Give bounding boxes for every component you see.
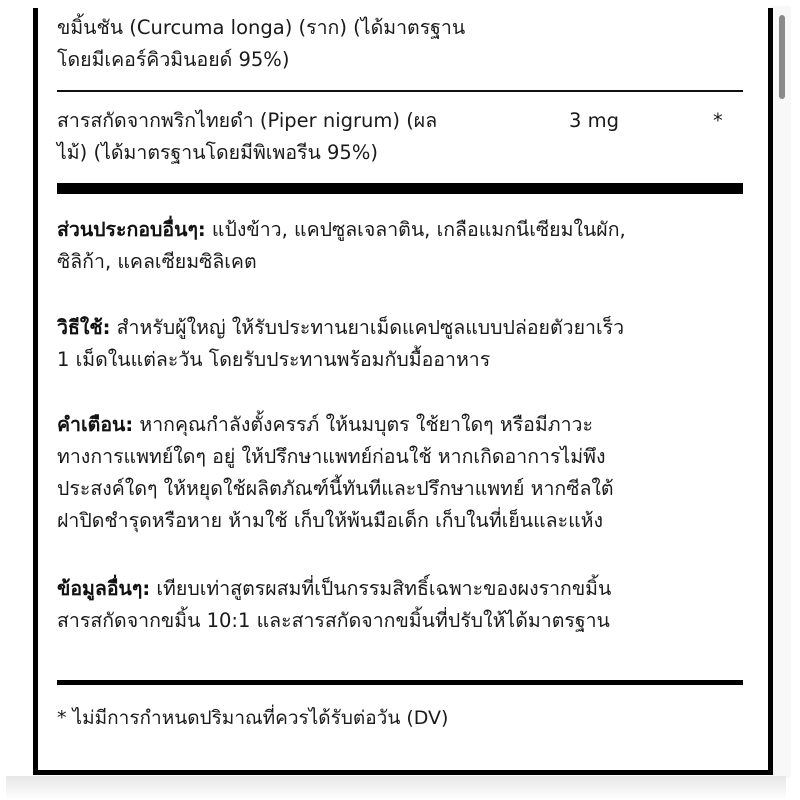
ingredient-row-turmeric: ขมิ้นชัน (Curcuma longa) (ราก) (ได้มาตรฐ…: [57, 12, 743, 78]
other-info-section: ข้อมูลอื่นๆ: เทียบเท่าสูตรผสมที่เป็นกรรม…: [57, 573, 747, 637]
ingredient-row-black-pepper: สารสกัดจากพริกไทยดำ (Piper nigrum) (ผล ไ…: [57, 105, 743, 171]
image-viewer: ขมิ้นชัน (Curcuma longa) (ราก) (ได้มาตรฐ…: [0, 0, 800, 800]
other-ingredients-text-line2: ซิลิก้า, แคลเซียมซิลิเคต: [57, 246, 747, 278]
other-info-label: ข้อมูลอื่นๆ:: [57, 577, 150, 600]
directions-text: สำหรับผู้ใหญ่ ให้รับประทานยาเม็ดแคปซูลแบ…: [110, 316, 624, 339]
ingredient-name: สารสกัดจากพริกไทยดำ (Piper nigrum) (ผล ไ…: [57, 105, 517, 169]
daily-value-footnote: * ไม่มีการกำหนดปริมาณที่ควรได้รับต่อวัน …: [57, 703, 448, 733]
ingredient-name-line2: ไม้) (ได้มาตรฐานโดยมีพิเพอรีน 95%): [57, 137, 517, 169]
section-divider-thick: [57, 183, 743, 194]
section-divider-medium: [57, 680, 743, 685]
other-info-text: เทียบเท่าสูตรผสมที่เป็นกรรมสิทธิ์เฉพาะขอ…: [150, 577, 611, 600]
ingredient-amount: 3 mg: [569, 105, 619, 137]
directions-label: วิธีใช้:: [57, 316, 110, 339]
other-info-text-line2: สารสกัดจากขมิ้น 10:1 และสารสกัดจากขมิ้นท…: [57, 605, 747, 637]
directions-text-line2: 1 เม็ดในแต่ละวัน โดยรับประทานพร้อมกับมื้…: [57, 344, 747, 376]
drop-shadow: [6, 776, 786, 800]
daily-value-marker: *: [713, 105, 723, 137]
warning-section: คำเตือน: หากคุณกำลังตั้งครรภ์ ให้นมบุตร …: [57, 409, 747, 537]
row-divider: [57, 90, 743, 92]
ingredient-name-line1: ขมิ้นชัน (Curcuma longa) (ราก) (ได้มาตรฐ…: [57, 12, 557, 44]
warning-text-line3: ประสงค์ใดๆ ให้หยุดใช้ผลิตภัณฑ์นี้ทันทีแล…: [57, 473, 747, 505]
warning-label: คำเตือน:: [57, 413, 133, 436]
other-ingredients-text: แป้งข้าว, แคปซูลเจลาติน, เกลือแมกนีเซียม…: [206, 218, 626, 241]
ingredient-name: ขมิ้นชัน (Curcuma longa) (ราก) (ได้มาตรฐ…: [57, 12, 557, 76]
scrollbar-thumb[interactable]: [779, 15, 785, 99]
ingredient-name-line2: โดยมีเคอร์คิวมินอยด์ 95%): [57, 44, 557, 76]
warning-text-line4: ฝาปิดชำรุดหรือหาย ห้ามใช้ เก็บให้พ้นมือเ…: [57, 505, 747, 537]
warning-text: หากคุณกำลังตั้งครรภ์ ให้นมบุตร ใช้ยาใดๆ …: [133, 413, 593, 436]
warning-text-line2: ทางการแพทย์ใดๆ อยู่ ให้ปรึกษาแพทย์ก่อนใช…: [57, 441, 747, 473]
directions-section: วิธีใช้: สำหรับผู้ใหญ่ ให้รับประทานยาเม็…: [57, 312, 747, 376]
other-ingredients-label: ส่วนประกอบอื่นๆ:: [57, 218, 206, 241]
ingredient-name-line1: สารสกัดจากพริกไทยดำ (Piper nigrum) (ผล: [57, 105, 517, 137]
other-ingredients-section: ส่วนประกอบอื่นๆ: แป้งข้าว, แคปซูลเจลาติน…: [57, 214, 747, 278]
